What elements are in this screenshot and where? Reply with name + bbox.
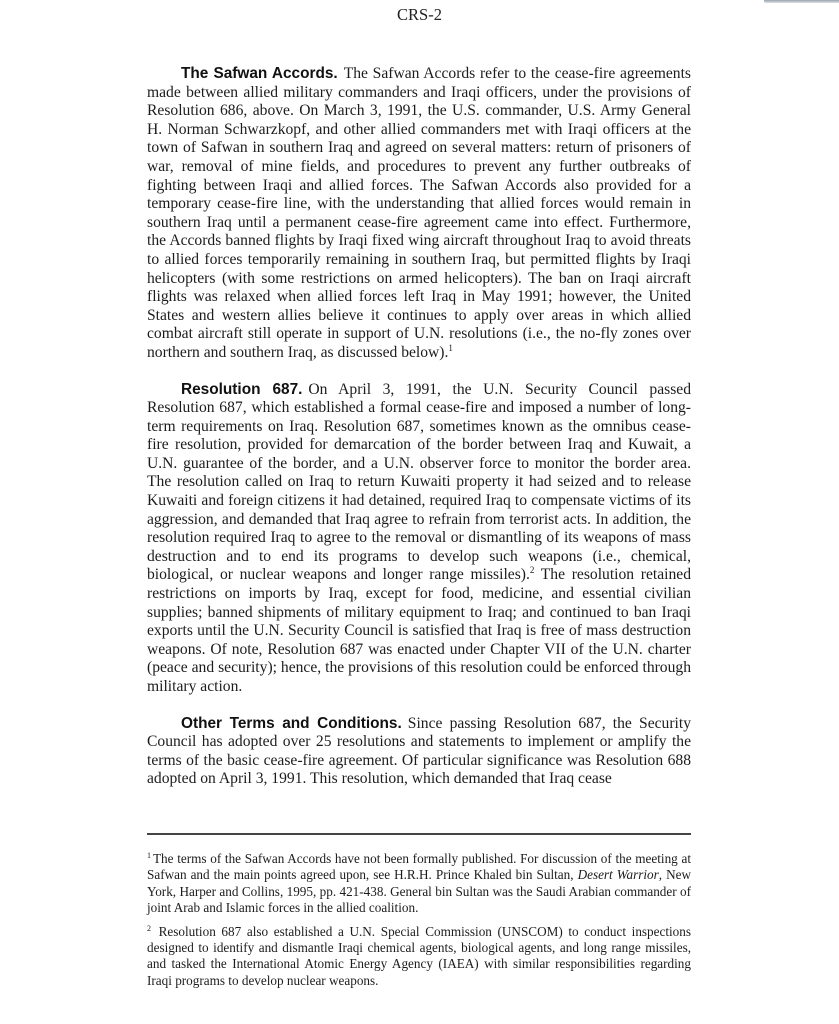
footnotes: 1The terms of the Safwan Accords have no… (147, 851, 691, 989)
footnote-text: Resolution 687 also established a U.N. S… (147, 924, 691, 988)
page-header: CRS-2 (0, 5, 839, 25)
section-text-continued: The resolution retained restrictions on … (147, 566, 691, 695)
footnote-2: 2 Resolution 687 also established a U.N.… (147, 924, 691, 990)
footnote-number: 2 (147, 924, 151, 933)
footnote-1: 1The terms of the Safwan Accords have no… (147, 851, 691, 917)
section-resolution-687: Resolution 687.On April 3, 1991, the U.N… (147, 381, 691, 697)
section-safwan-accords: The Safwan Accords.The Safwan Accords re… (147, 65, 691, 363)
document-body: The Safwan Accords.The Safwan Accords re… (147, 65, 691, 789)
section-text: On April 3, 1991, the U.N. Security Coun… (147, 381, 691, 584)
window-edge-decoration (764, 0, 839, 3)
footnote-separator (147, 833, 691, 835)
section-text: The Safwan Accords refer to the cease-fi… (147, 65, 691, 361)
book-title: Desert Warrior (578, 867, 659, 882)
section-heading: The Safwan Accords. (181, 65, 338, 82)
footnote-number: 1 (147, 851, 151, 860)
section-heading: Other Terms and Conditions. (181, 715, 402, 732)
footnote-reference[interactable]: 1 (448, 343, 453, 353)
section-other-terms: Other Terms and Conditions.Since passing… (147, 715, 691, 789)
section-heading: Resolution 687. (181, 381, 302, 398)
